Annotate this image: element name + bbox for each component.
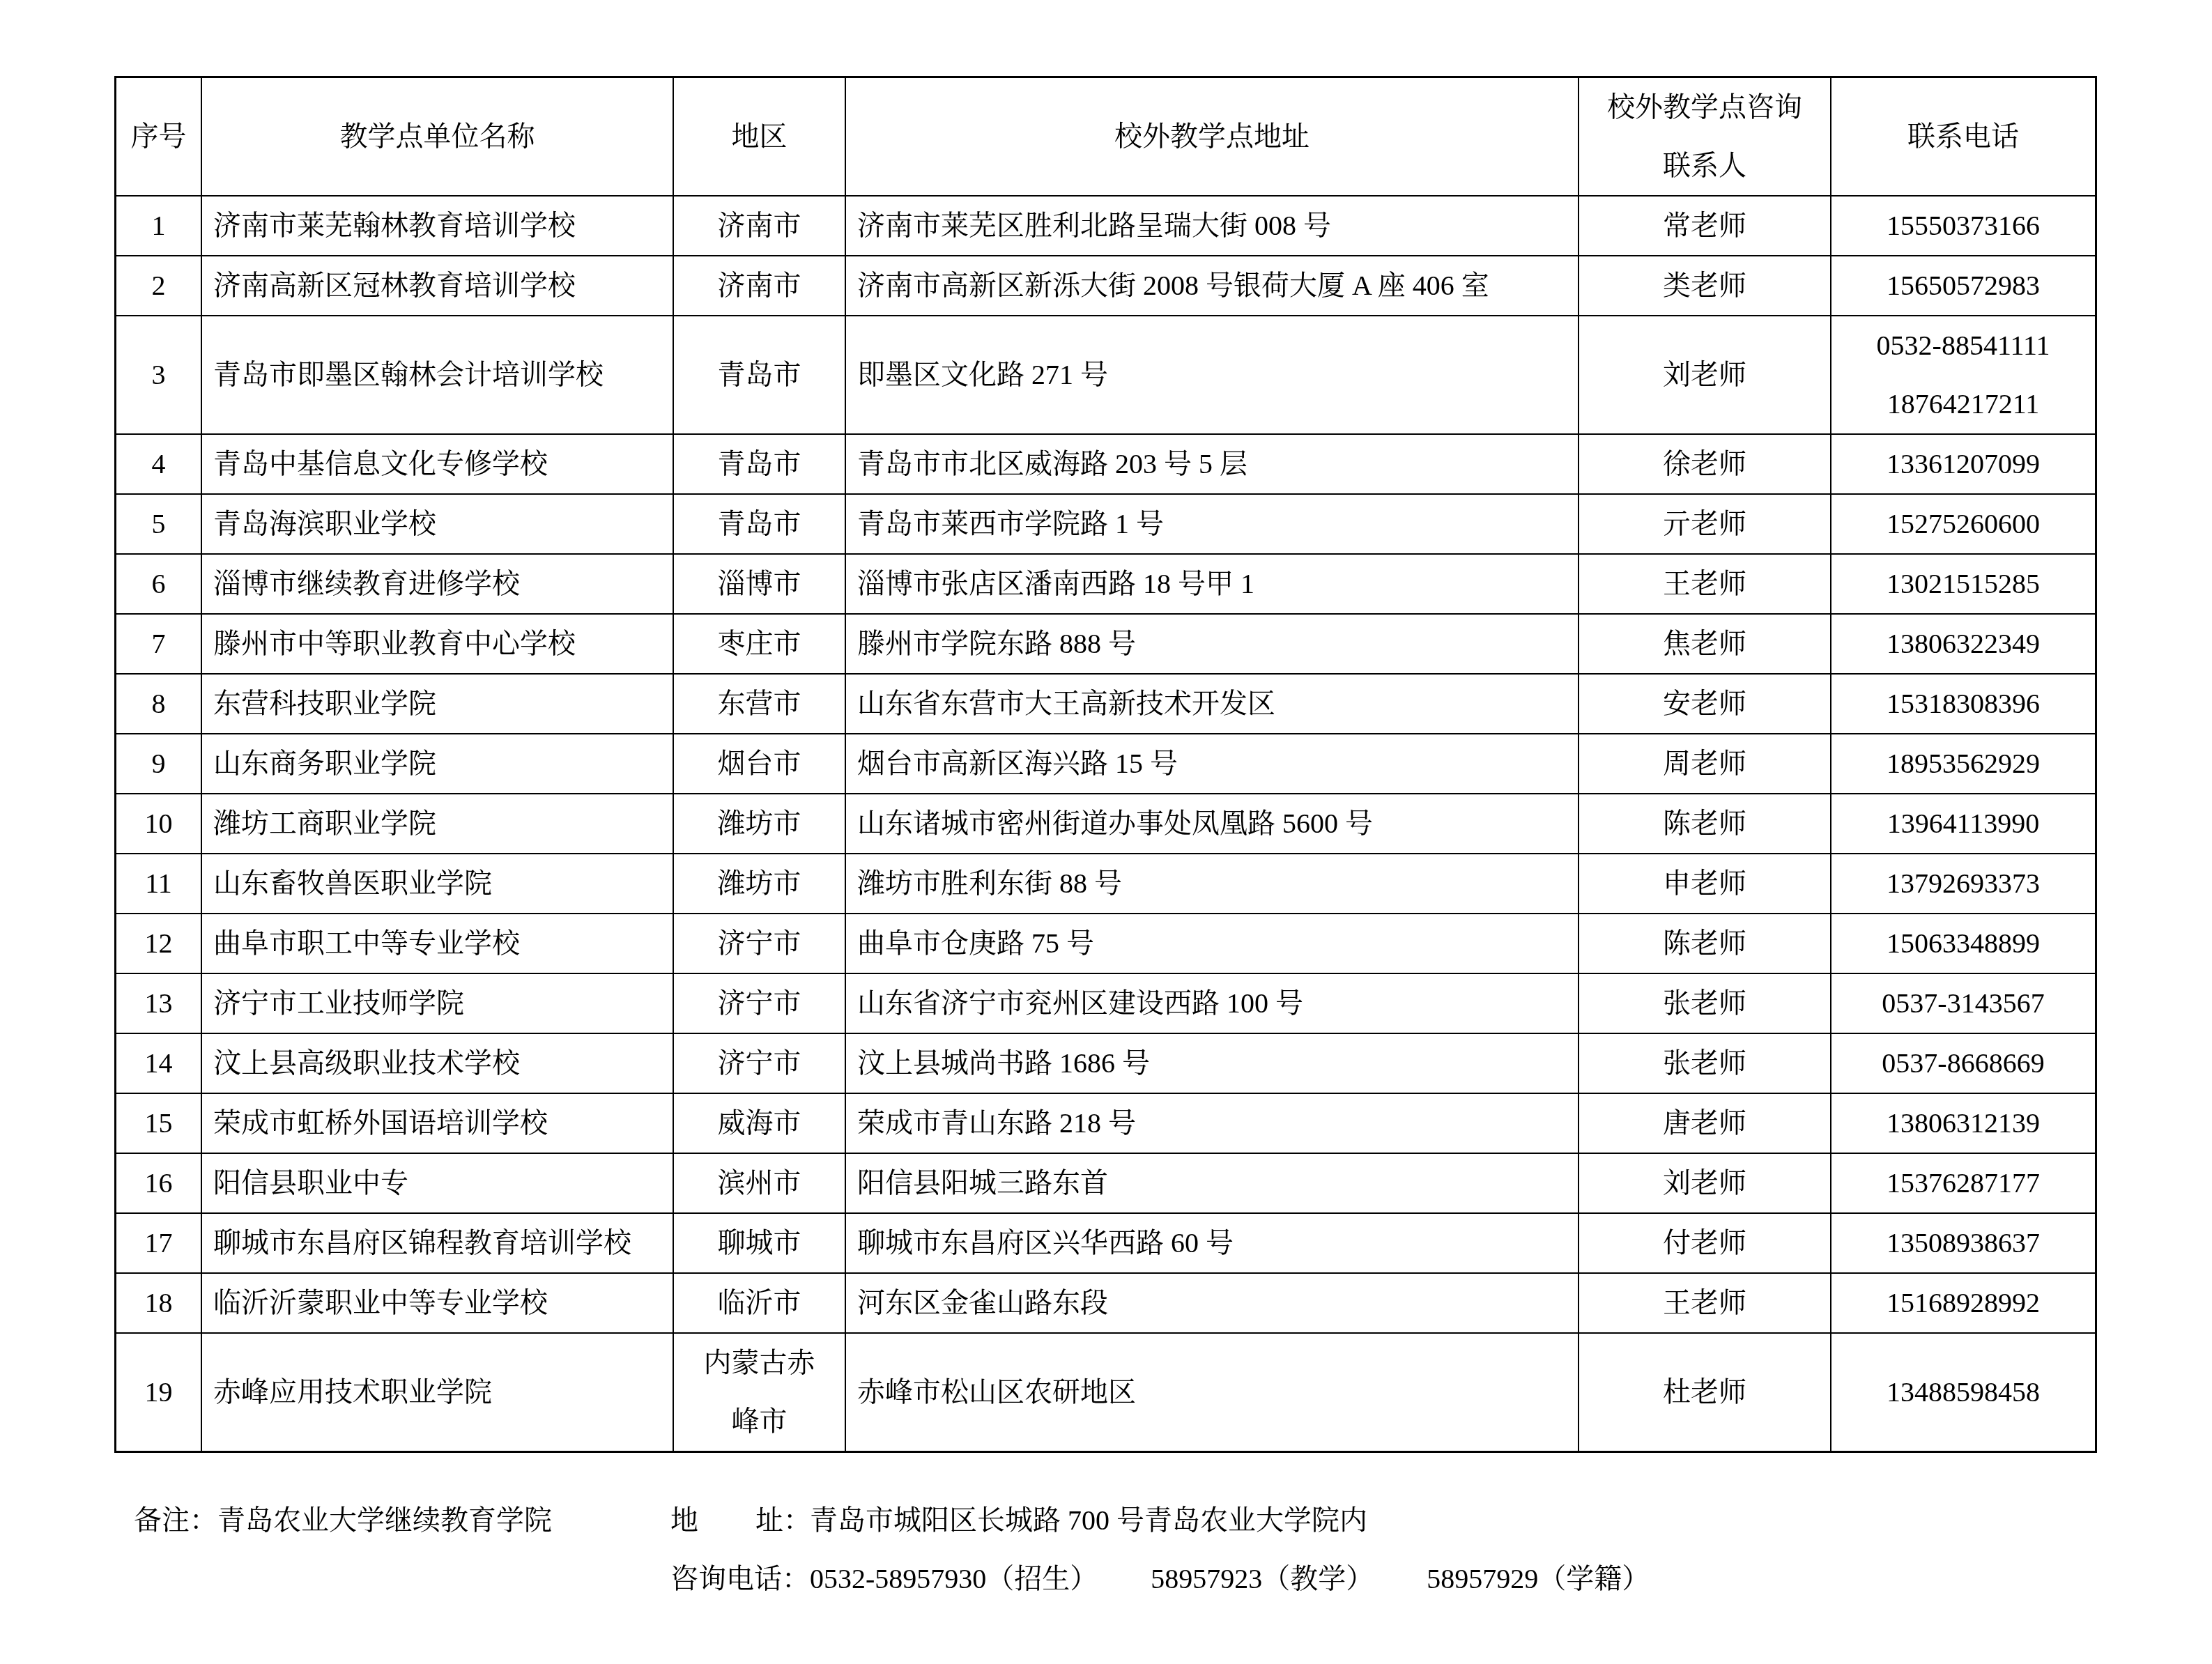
phone-key: 咨询电话： bbox=[670, 1550, 810, 1608]
cell-address: 曲阜市仓庚路 75 号 bbox=[845, 914, 1579, 973]
cell-address: 济南市高新区新泺大街 2008 号银荷大厦 A 座 406 室 bbox=[845, 256, 1579, 316]
cell-address: 山东省东营市大王高新技术开发区 bbox=[845, 674, 1579, 734]
cell-no: 10 bbox=[116, 794, 202, 854]
cell-phone: 13488598458 bbox=[1831, 1333, 2096, 1452]
cell-address: 山东诸城市密州街道办事处凤凰路 5600 号 bbox=[845, 794, 1579, 854]
cell-name: 青岛市即墨区翰林会计培训学校 bbox=[201, 316, 673, 434]
cell-address: 滕州市学院东路 888 号 bbox=[845, 614, 1579, 674]
area-line-1: 内蒙古赤 bbox=[674, 1334, 845, 1392]
table-row: 3 青岛市即墨区翰林会计培训学校 青岛市 即墨区文化路 271 号 刘老师 05… bbox=[116, 316, 2096, 434]
header-area: 地区 bbox=[673, 77, 845, 197]
table-row: 9 山东商务职业学院 烟台市 烟台市高新区海兴路 15 号 周老师 189535… bbox=[116, 734, 2096, 794]
cell-area: 济宁市 bbox=[673, 973, 845, 1033]
cell-address: 聊城市东昌府区兴华西路 60 号 bbox=[845, 1213, 1579, 1273]
cell-address: 淄博市张店区潘南西路 18 号甲 1 bbox=[845, 554, 1579, 614]
cell-name: 济南高新区冠林教育培训学校 bbox=[201, 256, 673, 316]
cell-name: 青岛中基信息文化专修学校 bbox=[201, 434, 673, 494]
cell-no: 6 bbox=[116, 554, 202, 614]
cell-area: 威海市 bbox=[673, 1093, 845, 1153]
cell-name: 滕州市中等职业教育中心学校 bbox=[201, 614, 673, 674]
cell-contact: 刘老师 bbox=[1579, 1153, 1831, 1213]
cell-area: 枣庄市 bbox=[673, 614, 845, 674]
cell-no: 5 bbox=[116, 494, 202, 554]
table-row: 12 曲阜市职工中等专业学校 济宁市 曲阜市仓庚路 75 号 陈老师 15063… bbox=[116, 914, 2096, 973]
document-page: 序号 教学点单位名称 地区 校外教学点地址 校外教学点咨询 联系人 联系电话 1… bbox=[0, 0, 2212, 1664]
cell-no: 3 bbox=[116, 316, 202, 434]
cell-contact: 唐老师 bbox=[1579, 1093, 1831, 1153]
header-address: 校外教学点地址 bbox=[845, 77, 1579, 197]
cell-phone: 18953562929 bbox=[1831, 734, 2096, 794]
cell-no: 9 bbox=[116, 734, 202, 794]
cell-area: 潍坊市 bbox=[673, 854, 845, 914]
table-row: 18 临沂沂蒙职业中等专业学校 临沂市 河东区金雀山路东段 王老师 151689… bbox=[116, 1273, 2096, 1333]
cell-contact: 张老师 bbox=[1579, 973, 1831, 1033]
cell-contact: 陈老师 bbox=[1579, 794, 1831, 854]
cell-area: 济南市 bbox=[673, 256, 845, 316]
table-header-row: 序号 教学点单位名称 地区 校外教学点地址 校外教学点咨询 联系人 联系电话 bbox=[116, 77, 2096, 197]
area-line-2: 峰市 bbox=[674, 1392, 845, 1451]
cell-name: 潍坊工商职业学院 bbox=[201, 794, 673, 854]
cell-phone: 13964113990 bbox=[1831, 794, 2096, 854]
teaching-sites-table: 序号 教学点单位名称 地区 校外教学点地址 校外教学点咨询 联系人 联系电话 1… bbox=[114, 76, 2097, 1453]
cell-contact: 杜老师 bbox=[1579, 1333, 1831, 1452]
cell-name: 曲阜市职工中等专业学校 bbox=[201, 914, 673, 973]
cell-phone: 13806322349 bbox=[1831, 614, 2096, 674]
table-row: 6 淄博市继续教育进修学校 淄博市 淄博市张店区潘南西路 18 号甲 1 王老师… bbox=[116, 554, 2096, 614]
cell-area: 青岛市 bbox=[673, 494, 845, 554]
header-name: 教学点单位名称 bbox=[201, 77, 673, 197]
cell-phone: 13806312139 bbox=[1831, 1093, 2096, 1153]
note-label: 备注：青岛农业大学继续教育学院 bbox=[134, 1491, 552, 1550]
cell-name: 山东畜牧兽医职业学院 bbox=[201, 854, 673, 914]
cell-contact: 周老师 bbox=[1579, 734, 1831, 794]
cell-area: 潍坊市 bbox=[673, 794, 845, 854]
table-row: 8 东营科技职业学院 东营市 山东省东营市大王高新技术开发区 安老师 15318… bbox=[116, 674, 2096, 734]
cell-no: 2 bbox=[116, 256, 202, 316]
header-contact: 校外教学点咨询 联系人 bbox=[1579, 77, 1831, 197]
cell-address: 山东省济宁市兖州区建设西路 100 号 bbox=[845, 973, 1579, 1033]
cell-name: 淄博市继续教育进修学校 bbox=[201, 554, 673, 614]
cell-address: 济南市莱芜区胜利北路呈瑞大街 008 号 bbox=[845, 196, 1579, 256]
cell-area: 济宁市 bbox=[673, 1033, 845, 1093]
cell-contact: 亓老师 bbox=[1579, 494, 1831, 554]
cell-address: 赤峰市松山区农研地区 bbox=[845, 1333, 1579, 1452]
cell-name: 阳信县职业中专 bbox=[201, 1153, 673, 1213]
address-key: 地址： bbox=[670, 1491, 811, 1550]
cell-phone: 15376287177 bbox=[1831, 1153, 2096, 1213]
cell-area: 济南市 bbox=[673, 196, 845, 256]
table-row: 4 青岛中基信息文化专修学校 青岛市 青岛市市北区威海路 203 号 5 层 徐… bbox=[116, 434, 2096, 494]
cell-name: 聊城市东昌府区锦程教育培训学校 bbox=[201, 1213, 673, 1273]
cell-contact: 付老师 bbox=[1579, 1213, 1831, 1273]
address-key-part-a: 地 bbox=[670, 1504, 698, 1536]
cell-address: 潍坊市胜利东街 88 号 bbox=[845, 854, 1579, 914]
cell-area: 临沂市 bbox=[673, 1273, 845, 1333]
cell-address: 汶上县城尚书路 1686 号 bbox=[845, 1033, 1579, 1093]
cell-contact: 刘老师 bbox=[1579, 316, 1831, 434]
cell-no: 18 bbox=[116, 1273, 202, 1333]
cell-area: 东营市 bbox=[673, 674, 845, 734]
table-row: 7 滕州市中等职业教育中心学校 枣庄市 滕州市学院东路 888 号 焦老师 13… bbox=[116, 614, 2096, 674]
cell-address: 青岛市莱西市学院路 1 号 bbox=[845, 494, 1579, 554]
cell-contact: 焦老师 bbox=[1579, 614, 1831, 674]
cell-no: 17 bbox=[116, 1213, 202, 1273]
cell-contact: 徐老师 bbox=[1579, 434, 1831, 494]
cell-area: 青岛市 bbox=[673, 316, 845, 434]
cell-area: 青岛市 bbox=[673, 434, 845, 494]
header-contact-line2: 联系人 bbox=[1579, 137, 1830, 195]
address-value: 青岛市城阳区长城路 700 号青岛农业大学院内 bbox=[810, 1491, 1367, 1550]
phone-teaching: 58957923（教学） bbox=[1151, 1550, 1374, 1608]
cell-phone: 13792693373 bbox=[1831, 854, 2096, 914]
table-row: 13 济宁市工业技师学院 济宁市 山东省济宁市兖州区建设西路 100 号 张老师… bbox=[116, 973, 2096, 1033]
cell-contact: 申老师 bbox=[1579, 854, 1831, 914]
table-row: 1 济南市莱芜翰林教育培训学校 济南市 济南市莱芜区胜利北路呈瑞大街 008 号… bbox=[116, 196, 2096, 256]
cell-contact: 安老师 bbox=[1579, 674, 1831, 734]
cell-phone: 15650572983 bbox=[1831, 256, 2096, 316]
cell-phone: 13508938637 bbox=[1831, 1213, 2096, 1273]
cell-contact: 常老师 bbox=[1579, 196, 1831, 256]
table-row: 2 济南高新区冠林教育培训学校 济南市 济南市高新区新泺大街 2008 号银荷大… bbox=[116, 256, 2096, 316]
phone-line-1: 0532-88541111 bbox=[1831, 316, 2095, 375]
cell-address: 阳信县阳城三路东首 bbox=[845, 1153, 1579, 1213]
cell-phone: 15275260600 bbox=[1831, 494, 2096, 554]
cell-name: 青岛海滨职业学校 bbox=[201, 494, 673, 554]
table-row: 17 聊城市东昌府区锦程教育培训学校 聊城市 聊城市东昌府区兴华西路 60 号 … bbox=[116, 1213, 2096, 1273]
cell-no: 13 bbox=[116, 973, 202, 1033]
table-row: 16 阳信县职业中专 滨州市 阳信县阳城三路东首 刘老师 15376287177 bbox=[116, 1153, 2096, 1213]
cell-name: 东营科技职业学院 bbox=[201, 674, 673, 734]
cell-area: 聊城市 bbox=[673, 1213, 845, 1273]
table-row: 10 潍坊工商职业学院 潍坊市 山东诸城市密州街道办事处凤凰路 5600 号 陈… bbox=[116, 794, 2096, 854]
cell-no: 11 bbox=[116, 854, 202, 914]
cell-area: 烟台市 bbox=[673, 734, 845, 794]
cell-address: 荣成市青山东路 218 号 bbox=[845, 1093, 1579, 1153]
header-contact-line1: 校外教学点咨询 bbox=[1579, 78, 1830, 137]
cell-area: 济宁市 bbox=[673, 914, 845, 973]
cell-phone: 0532-88541111 18764217211 bbox=[1831, 316, 2096, 434]
cell-name: 临沂沂蒙职业中等专业学校 bbox=[201, 1273, 673, 1333]
header-no: 序号 bbox=[116, 77, 202, 197]
cell-phone: 15550373166 bbox=[1831, 196, 2096, 256]
cell-no: 7 bbox=[116, 614, 202, 674]
table-row: 15 荣成市虹桥外国语培训学校 威海市 荣成市青山东路 218 号 唐老师 13… bbox=[116, 1093, 2096, 1153]
address-key-part-b: 址： bbox=[755, 1504, 811, 1536]
cell-phone: 15318308396 bbox=[1831, 674, 2096, 734]
cell-phone: 13361207099 bbox=[1831, 434, 2096, 494]
cell-no: 14 bbox=[116, 1033, 202, 1093]
cell-area: 淄博市 bbox=[673, 554, 845, 614]
cell-name: 荣成市虹桥外国语培训学校 bbox=[201, 1093, 673, 1153]
cell-phone: 13021515285 bbox=[1831, 554, 2096, 614]
cell-phone: 0537-8668669 bbox=[1831, 1033, 2096, 1093]
table-row: 14 汶上县高级职业技术学校 济宁市 汶上县城尚书路 1686 号 张老师 05… bbox=[116, 1033, 2096, 1093]
cell-contact: 陈老师 bbox=[1579, 914, 1831, 973]
cell-area: 滨州市 bbox=[673, 1153, 845, 1213]
cell-phone: 15168928992 bbox=[1831, 1273, 2096, 1333]
cell-no: 1 bbox=[116, 196, 202, 256]
cell-contact: 王老师 bbox=[1579, 554, 1831, 614]
cell-name: 济宁市工业技师学院 bbox=[201, 973, 673, 1033]
cell-name: 汶上县高级职业技术学校 bbox=[201, 1033, 673, 1093]
cell-phone: 0537-3143567 bbox=[1831, 973, 2096, 1033]
cell-address: 河东区金雀山路东段 bbox=[845, 1273, 1579, 1333]
table-row: 19 赤峰应用技术职业学院 内蒙古赤 峰市 赤峰市松山区农研地区 杜老师 134… bbox=[116, 1333, 2096, 1452]
cell-no: 16 bbox=[116, 1153, 202, 1213]
cell-no: 4 bbox=[116, 434, 202, 494]
table-row: 5 青岛海滨职业学校 青岛市 青岛市莱西市学院路 1 号 亓老师 1527526… bbox=[116, 494, 2096, 554]
cell-no: 12 bbox=[116, 914, 202, 973]
phone-admissions: 0532-58957930（招生） bbox=[810, 1550, 1098, 1608]
cell-name: 赤峰应用技术职业学院 bbox=[201, 1333, 673, 1452]
phone-values: 0532-58957930（招生）58957923（教学）58957929（学籍… bbox=[810, 1550, 1650, 1608]
cell-name: 山东商务职业学院 bbox=[201, 734, 673, 794]
cell-area: 内蒙古赤 峰市 bbox=[673, 1333, 845, 1452]
header-phone: 联系电话 bbox=[1831, 77, 2096, 197]
cell-no: 8 bbox=[116, 674, 202, 734]
cell-no: 15 bbox=[116, 1093, 202, 1153]
cell-contact: 类老师 bbox=[1579, 256, 1831, 316]
phone-line-2: 18764217211 bbox=[1831, 375, 2095, 433]
cell-name: 济南市莱芜翰林教育培训学校 bbox=[201, 196, 673, 256]
phone-student-records: 58957929（学籍） bbox=[1427, 1550, 1650, 1608]
cell-contact: 王老师 bbox=[1579, 1273, 1831, 1333]
cell-address: 青岛市市北区威海路 203 号 5 层 bbox=[845, 434, 1579, 494]
cell-address: 烟台市高新区海兴路 15 号 bbox=[845, 734, 1579, 794]
cell-contact: 张老师 bbox=[1579, 1033, 1831, 1093]
cell-phone: 15063348899 bbox=[1831, 914, 2096, 973]
table-row: 11 山东畜牧兽医职业学院 潍坊市 潍坊市胜利东街 88 号 申老师 13792… bbox=[116, 854, 2096, 914]
cell-no: 19 bbox=[116, 1333, 202, 1452]
cell-address: 即墨区文化路 271 号 bbox=[845, 316, 1579, 434]
